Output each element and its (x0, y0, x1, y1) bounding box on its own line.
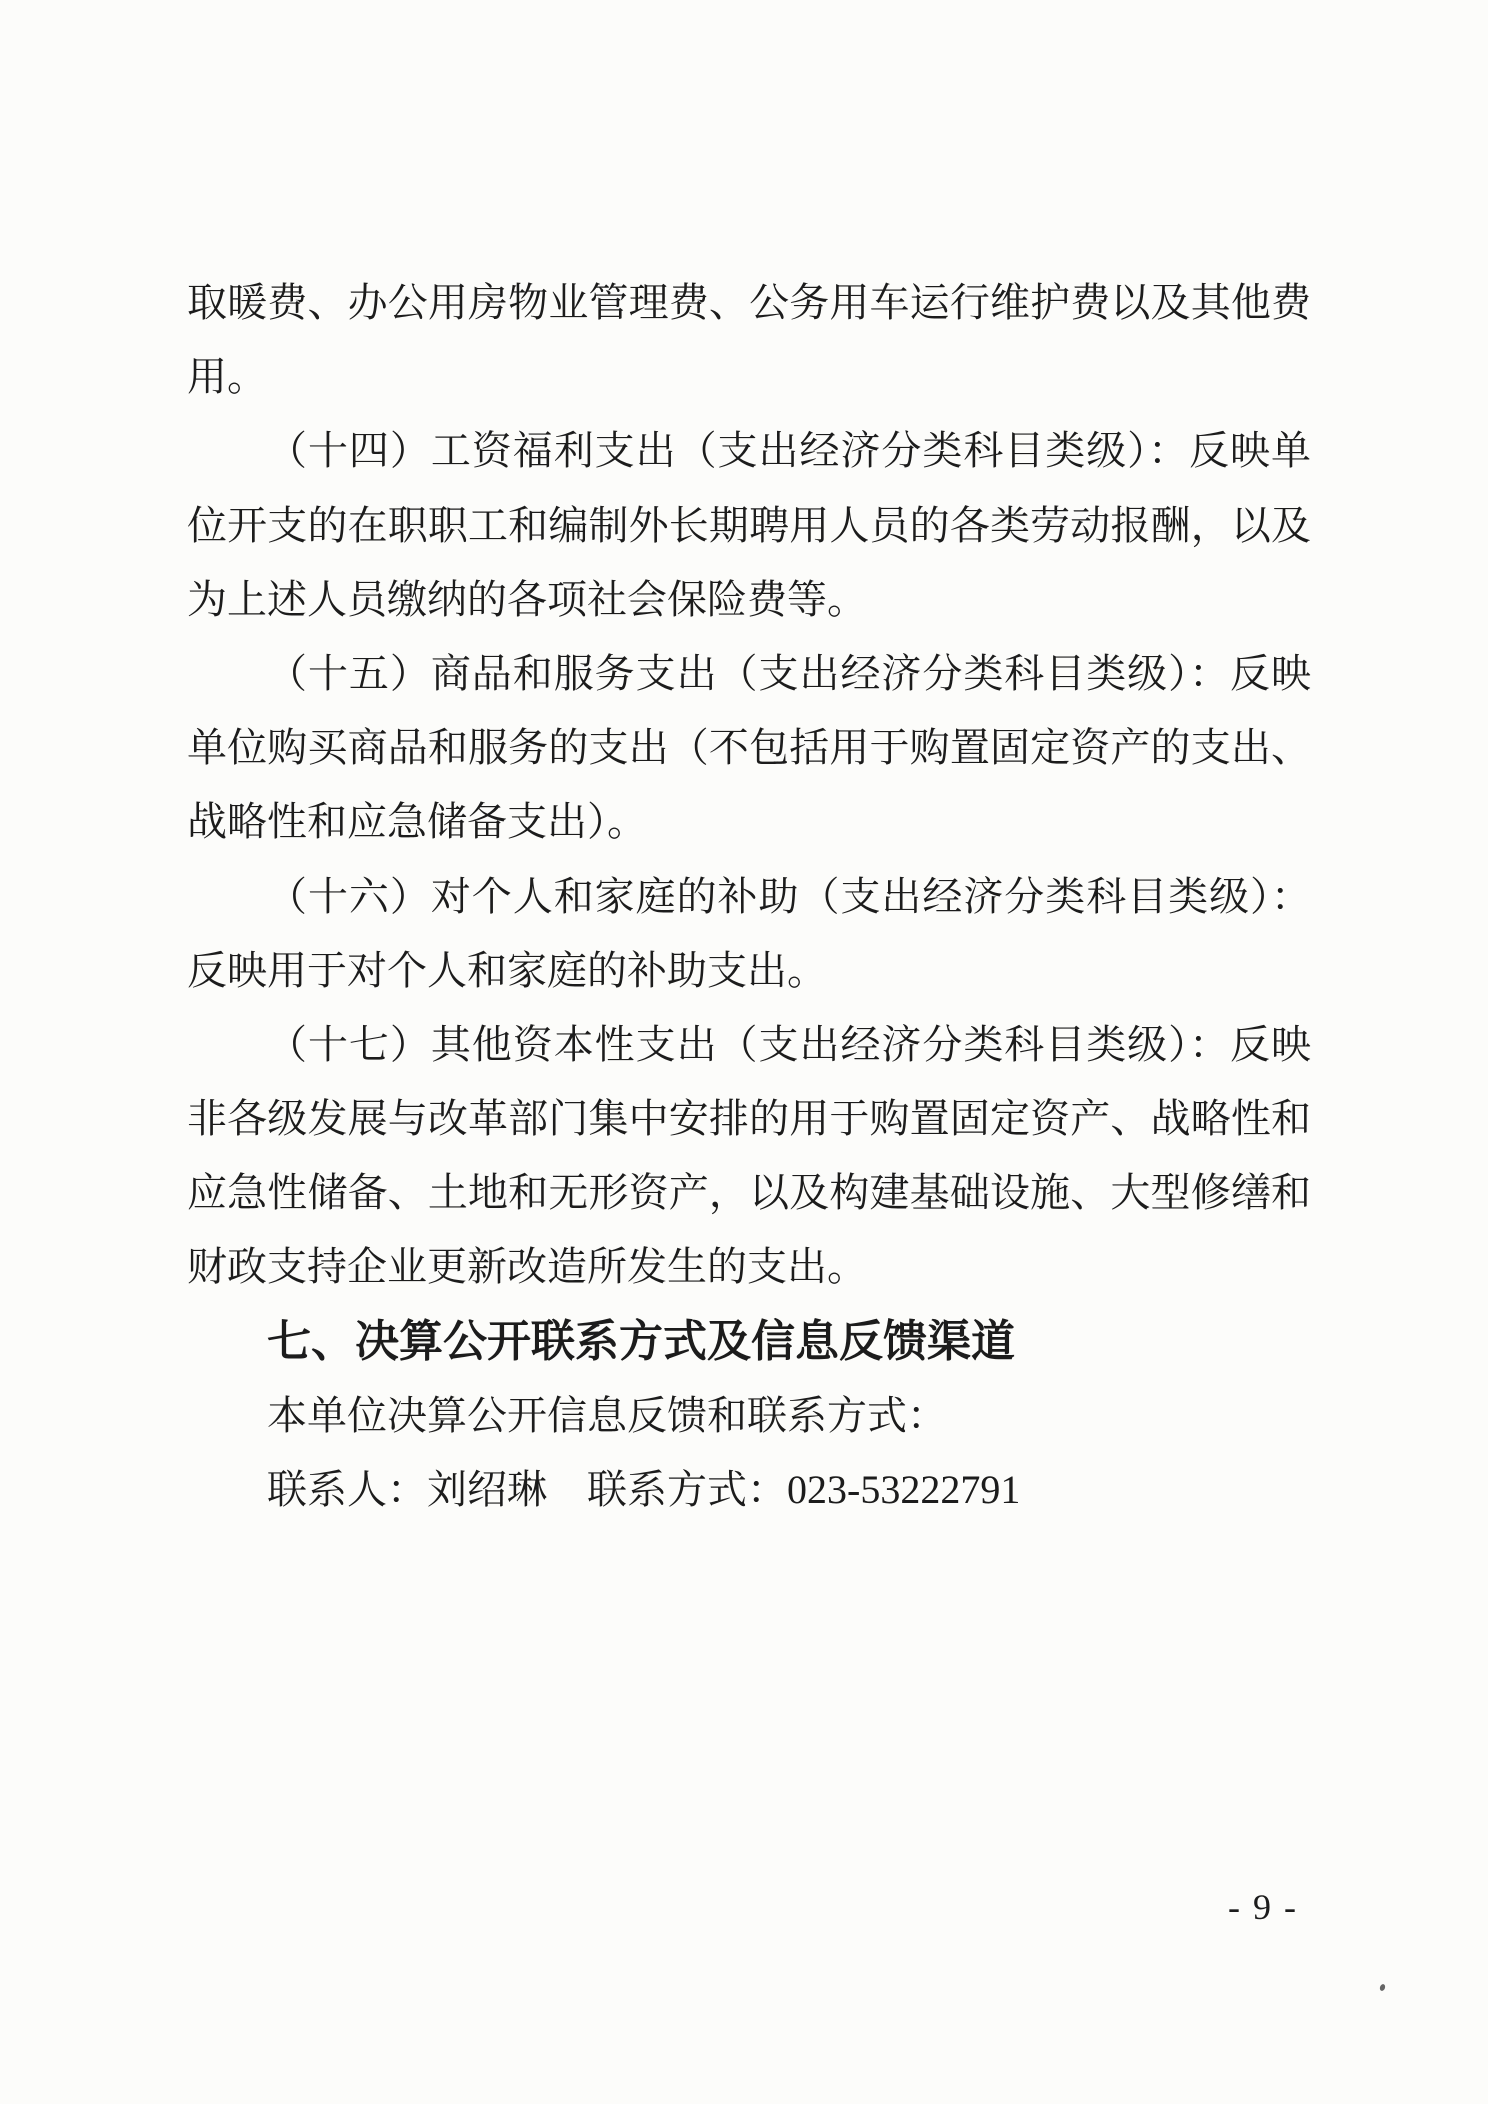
contact-person-label: 联系人： (267, 1467, 427, 1512)
body-line: 财政支持企业更新改造所发生的支出。 (187, 1230, 1311, 1304)
body-line: 为上述人员缴纳的各项社会保险费等。 (187, 563, 1311, 637)
feedback-line: 本单位决算公开信息反馈和联系方式： (187, 1379, 1311, 1453)
contact-person-name: 刘绍琳 (427, 1467, 547, 1512)
section-heading: 七、决算公开联系方式及信息反馈渠道 (187, 1305, 1311, 1379)
body-line: 用。 (187, 340, 1311, 414)
body-line: （十七）其他资本性支出（支出经济分类科目类级）：反映 (187, 1008, 1311, 1082)
body-line: 应急性储备、土地和无形资产，以及构建基础设施、大型修缮和 (187, 1156, 1311, 1230)
contact-line: 联系人：刘绍琳联系方式：023-53222791 (187, 1453, 1311, 1527)
text-block: 取暖费、办公用房物业管理费、公务用车运行维护费以及其他费 用。 （十四）工资福利… (187, 266, 1311, 1527)
document-page: 取暖费、办公用房物业管理费、公务用车运行维护费以及其他费 用。 （十四）工资福利… (0, 0, 1488, 2104)
body-line: 取暖费、办公用房物业管理费、公务用车运行维护费以及其他费 (187, 266, 1311, 340)
scan-speck (1379, 1983, 1386, 1991)
body-line: 单位购买商品和服务的支出（不包括用于购置固定资产的支出、 (187, 711, 1311, 785)
contact-method-label: 联系方式： (587, 1467, 787, 1512)
body-line: 战略性和应急储备支出）。 (187, 785, 1311, 859)
contact-phone: 023-53222791 (787, 1467, 1020, 1512)
page-number: - 9 - (1203, 1886, 1323, 1928)
body-line: （十五）商品和服务支出（支出经济分类科目类级）：反映 (187, 637, 1311, 711)
body-line: （十六）对个人和家庭的补助（支出经济分类科目类级）： (187, 860, 1311, 934)
body-line: 反映用于对个人和家庭的补助支出。 (187, 934, 1311, 1008)
body-line: （十四）工资福利支出（支出经济分类科目类级）：反映单 (187, 414, 1311, 488)
body-line: 位开支的在职职工和编制外长期聘用人员的各类劳动报酬，以及 (187, 489, 1311, 563)
body-line: 非各级发展与改革部门集中安排的用于购置固定资产、战略性和 (187, 1082, 1311, 1156)
